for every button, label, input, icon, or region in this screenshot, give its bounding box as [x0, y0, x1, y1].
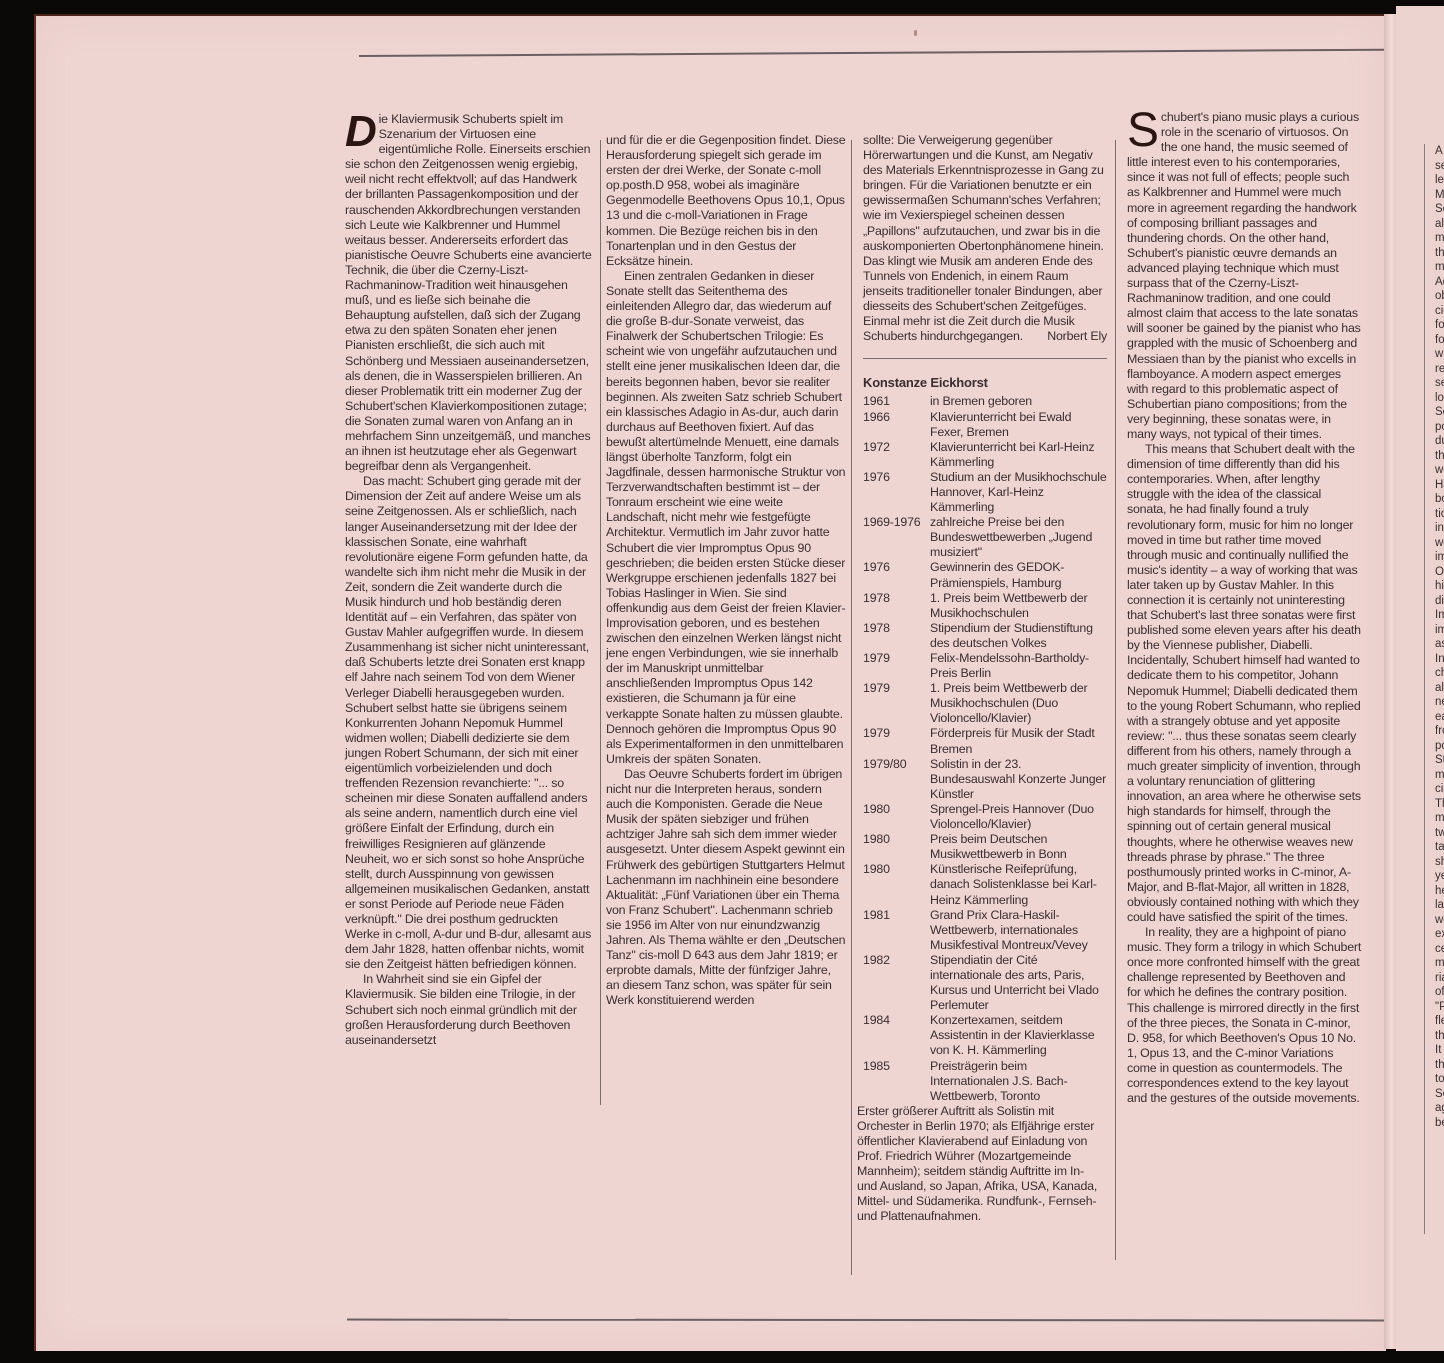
bio-year: 1978 — [863, 591, 930, 621]
bio-heading: Konstanze Eickhorst — [863, 375, 1107, 390]
next-page-line: ciou — [1435, 304, 1444, 319]
bio-text: Solistin in der 23. Bundesauswahl Konzer… — [930, 757, 1107, 802]
german-paragraph-5: Das Oeuvre Schuberts fordert im übrigen … — [606, 767, 846, 1009]
next-page-line: again, ti — [1435, 1101, 1444, 1116]
next-page-line: Majo — [1435, 188, 1444, 203]
bio-year: 1969-1976 — [863, 515, 930, 560]
german-paragraph-3: In Wahrheit sind sie ein Gipfel der Klav… — [345, 972, 593, 1047]
next-page-line: immec — [1435, 623, 1444, 638]
german-paragraph-5-cont: sollte: Die Verweigerung gegenüber Hörer… — [863, 133, 1107, 344]
bio-entry: 1985Preisträgerin beim Internationalen J… — [863, 1059, 1107, 1104]
next-page-line: challer — [1435, 666, 1444, 681]
next-page-line: seem — [1435, 376, 1444, 391]
bio-text: Gewinnerin des GEDOK-Prämienspiels, Hamb… — [930, 560, 1107, 590]
next-page-line: himse — [1435, 579, 1444, 594]
bio-year: 1976 — [863, 560, 930, 590]
next-page-line: mus — [1435, 231, 1444, 246]
bio-year: 1979 — [863, 681, 930, 726]
bio-year: 1980 — [863, 832, 930, 862]
german-paragraph-2: Das macht: Schubert ging gerade mit der … — [345, 474, 593, 972]
bio-entry: 1978Stipendium der Studienstiftung des d… — [863, 621, 1107, 651]
next-page-line: Schube — [1435, 1087, 1444, 1102]
bio-entry: 1979Felix-Mendelssohn-Bartholdy-Preis Be… — [863, 651, 1107, 681]
next-page-line: works — [1435, 463, 1444, 478]
drop-cap-d: D — [345, 112, 377, 150]
german-essay-column-3: sollte: Die Verweigerung gegenüber Hörer… — [863, 133, 1107, 1225]
german-essay-column-1: Die Klaviermusik Schuberts spielt im Sze… — [345, 112, 593, 1048]
next-page-line: interco — [1435, 521, 1444, 536]
next-page-line: legr — [1435, 173, 1444, 188]
next-page-line: the com — [1435, 1029, 1444, 1044]
next-page-line: "Papillo — [1435, 1000, 1444, 1015]
next-page-line: Sc — [1435, 405, 1444, 420]
bio-year: 1984 — [863, 1013, 930, 1058]
next-page-line: relati — [1435, 362, 1444, 377]
section-separator — [863, 358, 1107, 359]
next-page-line: they — [1435, 246, 1444, 261]
bio-text: in Bremen geboren — [930, 394, 1107, 409]
bio-entry: 1976Gewinnerin des GEDOK-Prämienspiels, … — [863, 560, 1107, 590]
next-page-line: also to — [1435, 681, 1444, 696]
next-page-line: means — [1435, 956, 1444, 971]
bio-entry: 1980Sprengel-Preis Hannover (Duo Violonc… — [863, 802, 1107, 832]
next-page-line: It sound — [1435, 1043, 1444, 1058]
next-page-line: point o — [1435, 739, 1444, 754]
bio-text: 1. Preis beim Wettbewerb der Musikhochsc… — [930, 591, 1107, 621]
bio-entry: 1972Klavierunterricht bei Karl-Heinz Käm… — [863, 440, 1107, 470]
next-page-line: Impror — [1435, 608, 1444, 623]
next-page-line: disgui — [1435, 594, 1444, 609]
bio-entry: 1984Konzertexamen, seitdem Assistentin i… — [863, 1013, 1107, 1058]
german-paragraph-4: Einen zentralen Gedanken in dieser Sonat… — [606, 269, 846, 767]
bio-entry: 1982Stipendiatin der Cité internationale… — [863, 953, 1107, 1013]
next-page-line: new m — [1435, 695, 1444, 710]
german-paragraph-1: Die Klaviermusik Schuberts spielt im Sze… — [345, 112, 593, 474]
bio-timeline: 1961in Bremen geboren1966Klavierunterric… — [863, 394, 1107, 1103]
english-paragraph-1: Schubert's piano music plays a curious r… — [1127, 110, 1362, 442]
bio-entry: 1969-1976zahlreiche Preise bei den Bunde… — [863, 515, 1107, 560]
bio-text: Klavierunterricht bei Karl-Heinz Kämmerl… — [930, 440, 1107, 470]
german-essay-column-2: und für die er die Gegenposition findet.… — [606, 133, 846, 1008]
next-page-line: obse — [1435, 289, 1444, 304]
next-page-line: during — [1435, 434, 1444, 449]
bio-text: Stipendiatin der Cité internationale des… — [930, 953, 1107, 1013]
bio-text: Felix-Mendelssohn-Bartholdy-Preis Berlin — [930, 651, 1107, 681]
next-page-line: the fir — [1435, 449, 1444, 464]
bio-year: 1979 — [863, 651, 930, 681]
column-divider — [851, 140, 852, 1275]
bio-text: Förderpreis für Musik der Stadt Bremen — [930, 726, 1107, 756]
german-paragraph-3-cont: und für die er die Gegenposition findet.… — [606, 133, 846, 269]
next-page-line: Theme — [1435, 797, 1444, 812]
english-paragraph-3: In reality, they are a highpoint of pian… — [1127, 925, 1362, 1106]
bio-year: 1980 — [863, 862, 930, 907]
next-page-line: bert's m — [1435, 1116, 1444, 1131]
column-divider — [1115, 140, 1116, 1260]
next-page-line: born c — [1435, 492, 1444, 507]
next-page-line: flected i — [1435, 1014, 1444, 1029]
next-page-line: Op. 14 — [1435, 565, 1444, 580]
column-divider — [600, 140, 601, 1105]
drop-cap-s: S — [1127, 110, 1159, 150]
paper-speck — [914, 30, 917, 36]
next-page-line: Schu — [1435, 202, 1444, 217]
bio-entry: 1961in Bremen geboren — [863, 394, 1107, 409]
next-page-line: tonal co — [1435, 1072, 1444, 1087]
next-page-line: rials. Fo — [1435, 971, 1444, 986]
bio-entry: 19781. Preis beim Wettbewerb der Musikho… — [863, 591, 1107, 621]
next-page-line: sharp-m — [1435, 855, 1444, 870]
next-page-line: In a — [1435, 652, 1444, 667]
next-page-line: later wa — [1435, 898, 1444, 913]
bio-year: 1976 — [863, 470, 930, 515]
booklet-spine — [1384, 14, 1396, 1349]
bio-text: 1. Preis beim Wettbewerb der Musikhochsc… — [930, 681, 1107, 726]
next-page-line: seco — [1435, 159, 1444, 174]
next-page-line: mann r — [1435, 768, 1444, 783]
next-page-line: mann w — [1435, 811, 1444, 826]
next-page-line: Adag — [1435, 275, 1444, 290]
next-page-line: of Schu — [1435, 985, 1444, 1000]
next-page-line: taken fr — [1435, 840, 1444, 855]
next-page-line: early 'e — [1435, 710, 1444, 725]
bio-entry: 1981Grand Prix Clara-Haskil-Wettbewerb, … — [863, 908, 1107, 953]
next-page-partial: AsecolegrMajoSchualmomustheymenAdagobsec… — [1396, 6, 1444, 1351]
bio-year: 1972 — [863, 440, 930, 470]
next-page-line: twenty- — [1435, 826, 1444, 841]
bio-year: 1979 — [863, 726, 930, 756]
bio-text: Künstlerische Reifeprüfung, danach Solis… — [930, 862, 1107, 907]
bio-entry: 1976Studium an der Musikhochschule Hanno… — [863, 470, 1107, 515]
next-page-line: the End — [1435, 1058, 1444, 1073]
bio-text: Sprengel-Preis Hannover (Duo Violoncello… — [930, 802, 1107, 832]
bio-entry: 1966Klavierunterricht bei Ewald Fexer, B… — [863, 410, 1107, 440]
bio-year: 1978 — [863, 621, 930, 651]
bio-entry: 1980Künstlerische Reifeprüfung, danach S… — [863, 862, 1107, 907]
next-page-column: AsecolegrMajoSchualmomustheymenAdagobsec… — [1424, 144, 1444, 1234]
bio-entry: 1980Preis beim Deutschen Musikwettbewerb… — [863, 832, 1107, 862]
bio-entry: 19791. Preis beim Wettbewerb der Musikho… — [863, 681, 1107, 726]
next-page-line: longe — [1435, 391, 1444, 406]
next-page-line: he prac — [1435, 884, 1444, 899]
bio-text: Preis beim Deutschen Musikwettbewerb in … — [930, 832, 1107, 862]
next-page-line: men — [1435, 260, 1444, 275]
next-page-line: year 18 — [1435, 869, 1444, 884]
next-page-line: form — [1435, 318, 1444, 333]
next-page-line: Haslir — [1435, 478, 1444, 493]
english-paragraph-2: This means that Schubert dealt with the … — [1127, 442, 1362, 925]
english-essay-column: Schubert's piano music plays a curious r… — [1127, 110, 1362, 1106]
bio-entry: 1979/80Solistin in der 23. Bundesauswahl… — [863, 757, 1107, 802]
author-signature: Norbert Ely — [1047, 329, 1107, 344]
next-page-line: expecta — [1435, 927, 1444, 942]
bio-year: 1979/80 — [863, 757, 930, 802]
next-page-line: ceptual — [1435, 942, 1444, 957]
bio-summary: Erster größerer Auftritt als Solistin mi… — [857, 1104, 1107, 1225]
next-page-line: cial rele — [1435, 782, 1444, 797]
next-page-line: fronted — [1435, 724, 1444, 739]
bio-text: zahlreiche Preise bei den Bundeswettbewe… — [930, 515, 1107, 560]
bio-text: Stipendium der Studienstiftung des deuts… — [930, 621, 1107, 651]
next-page-line: work, i.e — [1435, 913, 1444, 928]
next-page-line: works — [1435, 536, 1444, 551]
next-page-line: immec — [1435, 550, 1444, 565]
bio-year: 1966 — [863, 410, 930, 440]
bio-text: Klavierunterricht bei Ewald Fexer, Breme… — [930, 410, 1107, 440]
next-page-line: almo — [1435, 217, 1444, 232]
next-page-line: whos — [1435, 347, 1444, 362]
bio-text: Preisträgerin beim Internationalen J.S. … — [930, 1059, 1107, 1104]
bio-text: Konzertexamen, seitdem Assistentin in de… — [930, 1013, 1107, 1058]
bio-entry: 1979Förderpreis für Musik der Stadt Brem… — [863, 726, 1107, 756]
next-page-line: posed — [1435, 420, 1444, 435]
bio-year: 1980 — [863, 802, 930, 832]
bio-text: Studium an der Musikhochschule Hannover,… — [930, 470, 1107, 515]
next-page-line: A — [1435, 144, 1444, 159]
bio-year: 1985 — [863, 1059, 930, 1104]
bio-year: 1982 — [863, 953, 930, 1013]
bio-text: Grand Prix Clara-Haskil-Wettbewerb, inte… — [930, 908, 1107, 953]
next-page-line: as exp — [1435, 637, 1444, 652]
next-page-line: Stuttga — [1435, 753, 1444, 768]
bio-year: 1961 — [863, 394, 930, 409]
next-page-line: follo — [1435, 333, 1444, 348]
next-page-line: tion ar — [1435, 507, 1444, 522]
bio-year: 1981 — [863, 908, 930, 953]
